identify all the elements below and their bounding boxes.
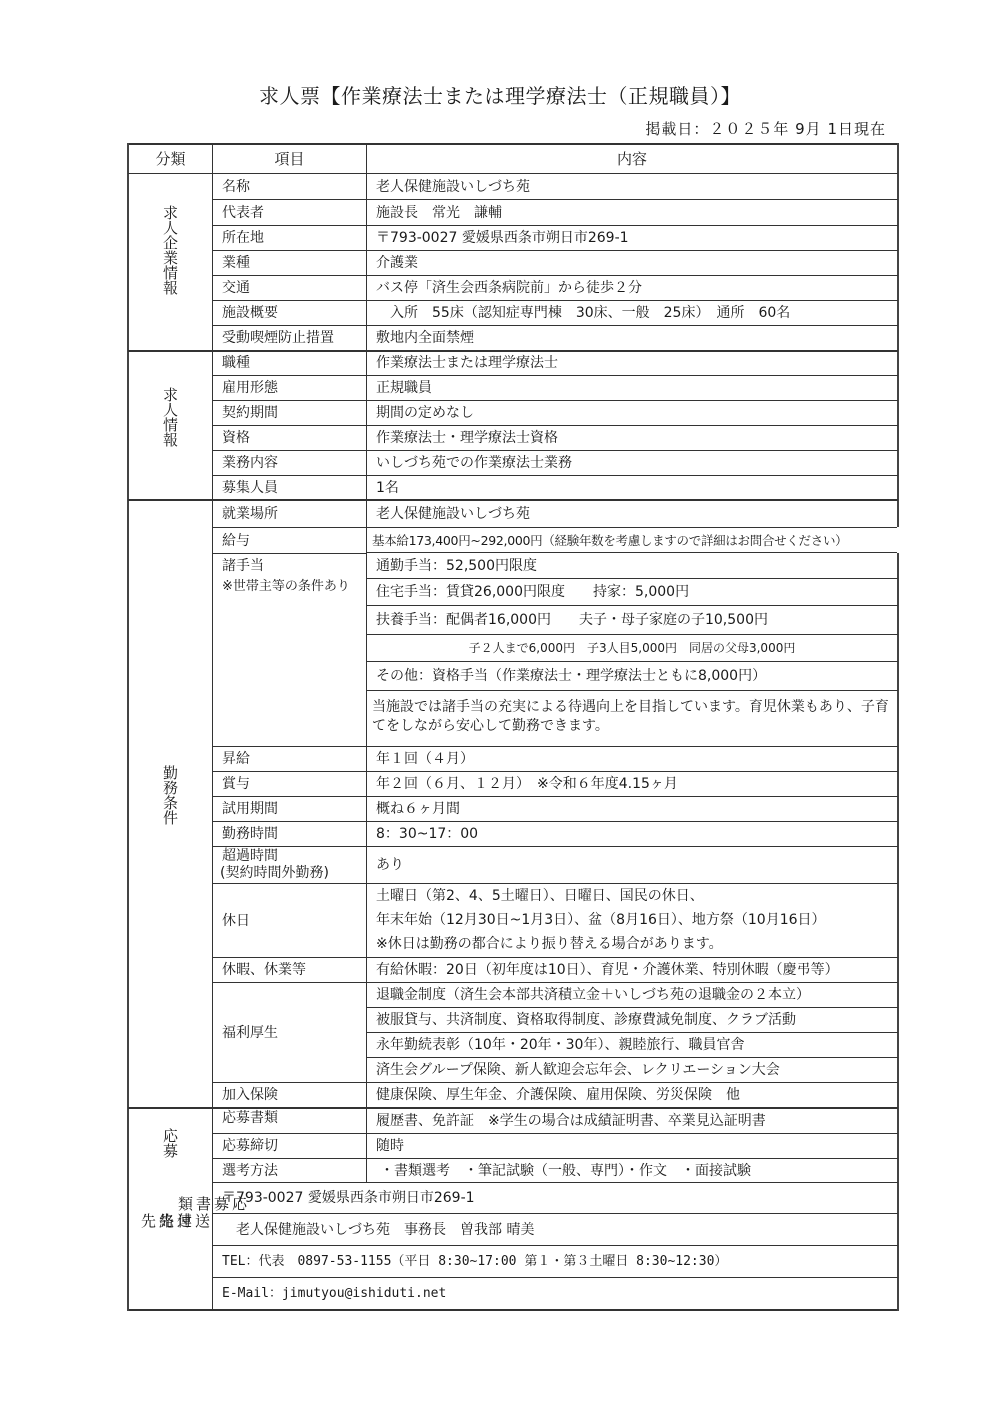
content-welfare-events: 済生会グループ保険、新人歓迎会忘年会、レクリエーション大会 [376, 1058, 780, 1082]
content-contract-period: 期間の定めなし [376, 401, 474, 425]
content-allowance-message: 当施設では諸手当の充実による待遇向上を目指しています。育児休業もあり、子育てをし… [372, 698, 890, 744]
content-probation: 概ね６ヶ月間 [376, 797, 460, 821]
header-content: 内容 [367, 144, 897, 173]
category-label-send-to: 送付先 [157, 1213, 211, 1228]
category-label: 求人情報 [161, 387, 179, 447]
item-raise: 昇給 [222, 747, 250, 771]
content-holidays-line3: ※休日は勤務の都合により振り替える場合があります。 [376, 932, 723, 956]
item-insurance: 加入保険 [222, 1083, 278, 1107]
content-allowance-commute: 通勤手当：52,500円限度 [376, 553, 537, 578]
item-welfare: 福利厚生 [222, 983, 278, 1082]
contact-name: 老人保健施設いしづち苑 事務長 曽我部 晴美 [222, 1214, 534, 1245]
content-job-type: 作業療法士または理学療法士 [376, 351, 558, 375]
content-leave: 有給休暇：20日（初年度は10日）、育児・介護休業、特別休暇（慶弔等） [376, 958, 839, 982]
item-job-type: 職種 [222, 351, 250, 375]
item-holidays: 休日 [222, 884, 250, 957]
item-allowances: 諸手当 [222, 554, 264, 578]
item-industry: 業種 [222, 251, 250, 275]
content-holidays-line2: 年末年始（12月30日~1月3日）、盆（8月16日）、地方祭（10月16日） [376, 908, 826, 932]
item-contract-period: 契約期間 [222, 401, 278, 425]
item-name: 名称 [222, 174, 250, 199]
item-workplace: 就業場所 [222, 500, 278, 527]
content-qualification: 作業療法士・理学療法士資格 [376, 426, 558, 450]
section-category-company-info: 求人企業情報 [160, 205, 180, 299]
contact-phone[interactable]: TEL：代表 0897-53-1155（平日 8:30~17:00 第１・第３土… [222, 1246, 727, 1277]
header-item: 項目 [213, 144, 366, 173]
item-address: 所在地 [222, 226, 264, 250]
content-industry: 介護業 [376, 251, 418, 275]
content-allowance-dependent-detail: 子２人まで6,000円 子3人目5,000円 同居の父母3,000円 [367, 635, 897, 661]
content-raise: 年１回（４月） [376, 747, 474, 771]
category-label: 勤務条件 [161, 765, 179, 825]
item-overtime: 超過時間 [222, 847, 278, 865]
content-employment-type: 正規職員 [376, 376, 432, 400]
content-work-hours: 8：30~17：00 [376, 822, 478, 846]
content-name: 老人保健施設いしづち苑 [376, 174, 530, 199]
item-application-documents: 応募書類 [222, 1108, 278, 1128]
content-allowance-other: その他：資格手当（作業療法士・理学療法士ともに8,000円） [376, 662, 766, 690]
item-facility-overview: 施設概要 [222, 301, 278, 325]
category-label: 応募 [161, 1128, 179, 1158]
contact-address: 〒793-0027 愛媛県西条市朔日市269-1 [222, 1183, 475, 1213]
page-title: 求人票【作業療法士または理学療法士（正規職員）】 [0, 80, 1000, 109]
item-qualification: 資格 [222, 426, 250, 450]
item-openings: 募集人員 [222, 476, 278, 499]
posted-date: 掲載日：２０２５年 9月 1日現在 [645, 118, 886, 139]
content-allowance-housing: 住宅手当：賃貸26,000円限度 持家：5,000円 [376, 579, 689, 605]
item-application-deadline: 応募締切 [222, 1134, 278, 1158]
item-employment-type: 雇用形態 [222, 376, 278, 400]
item-work-hours: 勤務時間 [222, 822, 278, 846]
content-salary: 基本給173,400円~292,000円（経験年数を考慮しますので詳細はお問合せ… [372, 528, 847, 553]
content-allowance-dependent: 扶養手当：配偶者16,000円 夫子・母子家庭の子10,500円 [376, 606, 768, 634]
content-representative: 施設長 常光 謙輔 [376, 200, 502, 225]
content-holidays-line1: 土曜日（第2、4、5土曜日）、日曜日、国民の休日、 [376, 884, 704, 908]
item-representative: 代表者 [222, 200, 264, 225]
item-job-description: 業務内容 [222, 451, 278, 475]
content-overtime: あり [376, 847, 404, 883]
content-job-description: いしづち苑での作業療法士業務 [376, 451, 572, 475]
header-category: 分類 [129, 144, 212, 173]
category-label: 求人企業情報 [161, 205, 179, 295]
section-category-job-info: 求人情報 [160, 387, 180, 451]
allowances-note: ※世帯主等の条件あり [222, 577, 350, 597]
content-application-deadline: 随時 [376, 1134, 404, 1158]
content-openings: 1名 [376, 476, 399, 499]
item-probation: 試用期間 [222, 797, 278, 821]
contact-email[interactable]: E-Mail：jimutyou@ishiduti.net [222, 1278, 446, 1309]
item-smoking-policy: 受動喫煙防止措置 [222, 326, 334, 350]
item-leave: 休暇、休業等 [222, 958, 306, 982]
section-category-application: 応募 [160, 1128, 180, 1162]
item-overtime-note: (契約時間外勤務) [220, 864, 329, 882]
content-workplace: 老人保健施設いしづち苑 [376, 500, 530, 527]
content-bonus: 年２回（６月、１２月） ※令和６年度4.15ヶ月 [376, 772, 678, 796]
section-category-working-conditions: 勤務条件 [160, 765, 180, 829]
content-welfare-awards: 永年勤続表彰（10年・20年・30年）、親睦旅行、職員官舎 [376, 1033, 744, 1057]
item-selection-method: 選考方法 [222, 1159, 278, 1182]
content-selection-method: ・書類選考 ・筆記試験（一般、専門）・作文 ・面接試験 [380, 1159, 751, 1182]
content-facility-overview: 入所 55床（認知症専門棟 30床、一般 25床） 通所 60名 [376, 301, 790, 325]
content-application-documents: 履歴書、免許証 ※学生の場合は成績証明書、卒業見込証明書 [376, 1109, 766, 1133]
item-salary: 給与 [222, 528, 250, 553]
content-insurance: 健康保険、厚生年金、介護保険、雇用保険、労災保険 他 [376, 1083, 740, 1107]
content-smoking-policy: 敷地内全面禁煙 [376, 326, 474, 350]
content-welfare-benefits: 被服貸与、共済制度、資格取得制度、診療費減免制度、クラブ活動 [376, 1008, 796, 1032]
item-access: 交通 [222, 276, 250, 300]
item-bonus: 賞与 [222, 772, 250, 796]
content-welfare-retirement: 退職金制度（済生会本部共済積立金＋いしづち苑の退職金の２本立） [376, 983, 810, 1007]
content-access: バス停「済生会西条病院前」から徒歩２分 [376, 276, 642, 300]
content-address: 〒793-0027 愛媛県西条市朔日市269-1 [376, 226, 629, 250]
